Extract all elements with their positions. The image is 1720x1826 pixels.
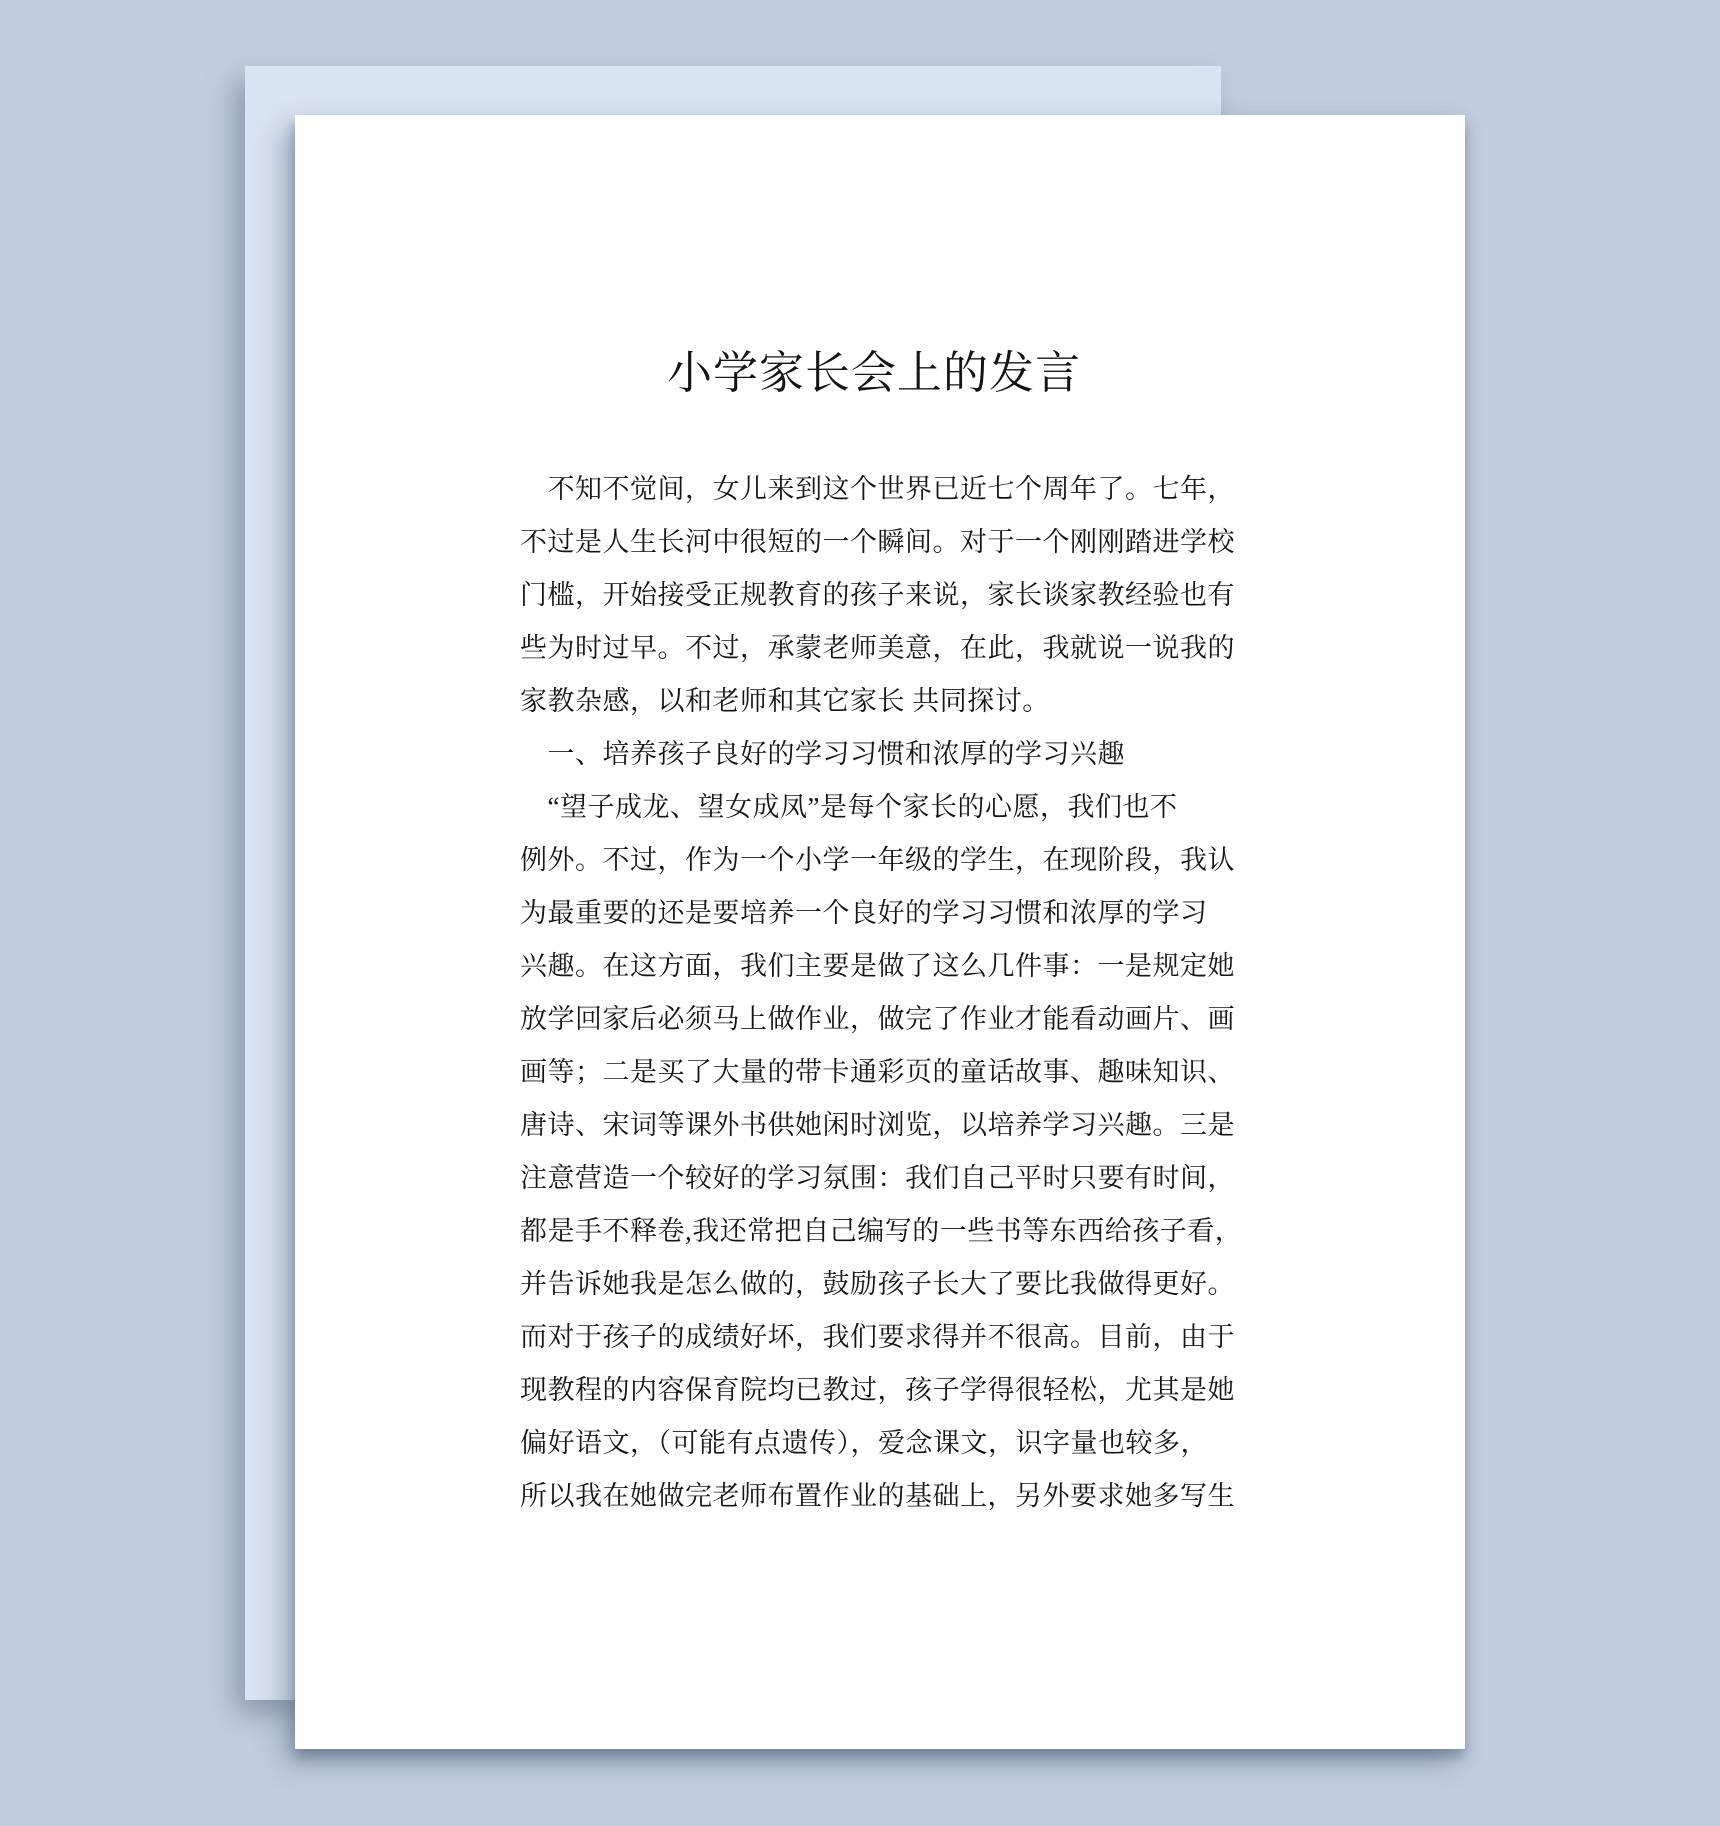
text-line: 都是手不释卷,我还常把自己编写的一些书等东西给孩子看， xyxy=(520,1205,1228,1258)
text-line: 兴趣。在这方面，我们主要是做了这么几件事：一是规定她 xyxy=(520,940,1228,993)
text-line: 而对于孩子的成绩好坏，我们要求得并不很高。目前，由于 xyxy=(520,1311,1228,1364)
text-line: 偏好语文，（可能有点遗传），爱念课文，识字量也较多， xyxy=(520,1417,1228,1470)
text-line: 注意营造一个较好的学习氛围：我们自己平时只要有时间， xyxy=(520,1152,1228,1205)
document-title: 小学家长会上的发言 xyxy=(520,343,1228,403)
text-line: 所以我在她做完老师布置作业的基础上，另外要求她多写生 xyxy=(520,1470,1228,1523)
text-line: 现教程的内容保育院均已教过，孩子学得很轻松，尤其是她 xyxy=(520,1364,1228,1417)
text-line: 不过是人生长河中很短的一个瞬间。对于一个刚刚踏进学校 xyxy=(520,516,1228,569)
text-line: 为最重要的还是要培养一个良好的学习习惯和浓厚的学习 xyxy=(520,887,1228,940)
text-line: 画等；二是买了大量的带卡通彩页的童话故事、趣味知识、 xyxy=(520,1046,1228,1099)
text-line: 唐诗、宋词等课外书供她闲时浏览，以培养学习兴趣。三是 xyxy=(520,1099,1228,1152)
text-line: 家教杂感，以和老师和其它家长 共同探讨。 xyxy=(520,675,1228,728)
desk-background: { "colors":{ "background":"#c1cedf", "ba… xyxy=(0,0,1720,1826)
document-page: 小学家长会上的发言 不知不觉间，女儿来到这个世界已近七个周年了。七年，不过是人生… xyxy=(295,115,1465,1749)
text-line: 放学回家后必须马上做作业，做完了作业才能看动画片、画 xyxy=(520,993,1228,1046)
document-body: 不知不觉间，女儿来到这个世界已近七个周年了。七年，不过是人生长河中很短的一个瞬间… xyxy=(520,463,1228,1523)
text-line: 一、培养孩子良好的学习习惯和浓厚的学习兴趣 xyxy=(520,728,1228,781)
text-line: 并告诉她我是怎么做的，鼓励孩子长大了要比我做得更好。 xyxy=(520,1258,1228,1311)
text-line: 门槛，开始接受正规教育的孩子来说，家长谈家教经验也有 xyxy=(520,569,1228,622)
text-line: 不知不觉间，女儿来到这个世界已近七个周年了。七年， xyxy=(520,463,1228,516)
text-line: “望子成龙、望女成凤”是每个家长的心愿，我们也不 xyxy=(520,781,1228,834)
text-line: 例外。不过，作为一个小学一年级的学生，在现阶段，我认 xyxy=(520,834,1228,887)
text-line: 些为时过早。不过，承蒙老师美意，在此，我就说一说我的 xyxy=(520,622,1228,675)
